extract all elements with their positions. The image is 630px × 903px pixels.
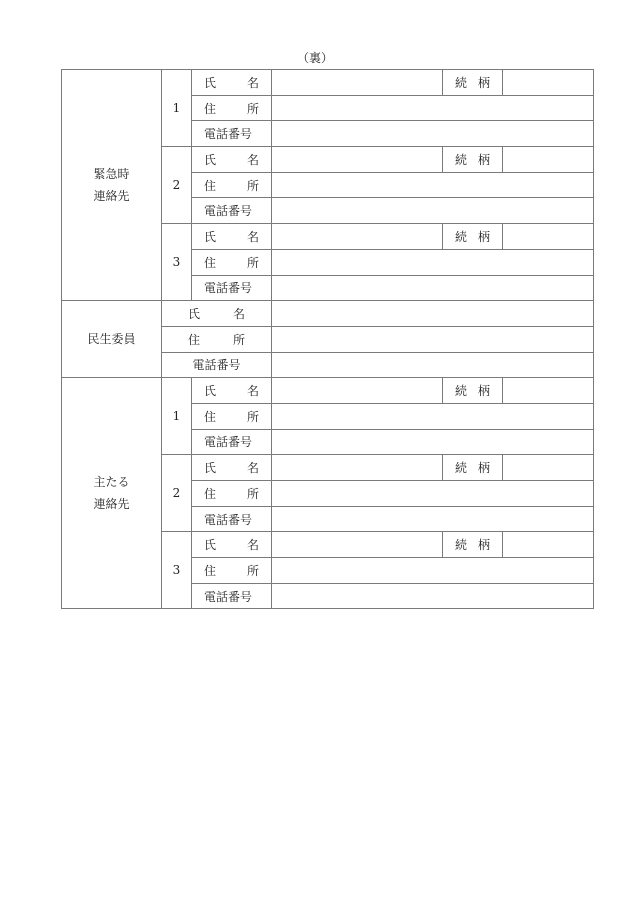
address-label: 住所 xyxy=(162,326,272,352)
main-entry-number: 3 xyxy=(162,532,192,609)
phone-label: 電話番号 xyxy=(192,121,272,147)
contact-form-table: 緊急時 連絡先 1 氏名 続柄 住所 電話番号 2 氏名 続柄 住所 xyxy=(61,69,594,609)
main-contact-header: 主たる 連絡先 xyxy=(62,378,162,609)
welfare-commissioner-header: 民生委員 xyxy=(62,301,162,378)
address-label: 住所 xyxy=(192,249,272,275)
welfare-name-field[interactable] xyxy=(272,301,594,327)
main-2-phone-field[interactable] xyxy=(272,506,594,532)
main-2-address-field[interactable] xyxy=(272,481,594,507)
emergency-2-name-field[interactable] xyxy=(272,147,443,173)
main-1-address-field[interactable] xyxy=(272,403,594,429)
emergency-1-phone-field[interactable] xyxy=(272,121,594,147)
relationship-label: 続柄 xyxy=(443,147,503,173)
page-side-label: （裏） xyxy=(290,49,340,66)
relationship-label: 続柄 xyxy=(443,455,503,481)
main-contact-title-line2: 連絡先 xyxy=(62,493,161,515)
emergency-2-relationship-field[interactable] xyxy=(503,147,594,173)
main-3-name-field[interactable] xyxy=(272,532,443,558)
name-label: 氏名 xyxy=(192,378,272,404)
emergency-title-line2: 連絡先 xyxy=(62,185,161,207)
main-1-phone-field[interactable] xyxy=(272,429,594,455)
emergency-entry-number: 1 xyxy=(162,70,192,147)
main-entry-number: 1 xyxy=(162,378,192,455)
emergency-entry-number: 3 xyxy=(162,224,192,301)
emergency-1-address-field[interactable] xyxy=(272,95,594,121)
emergency-3-name-field[interactable] xyxy=(272,224,443,250)
address-label: 住所 xyxy=(192,95,272,121)
emergency-3-relationship-field[interactable] xyxy=(503,224,594,250)
main-entry-number: 2 xyxy=(162,455,192,532)
main-1-name-field[interactable] xyxy=(272,378,443,404)
relationship-label: 続柄 xyxy=(443,224,503,250)
emergency-1-relationship-field[interactable] xyxy=(503,70,594,96)
main-3-phone-field[interactable] xyxy=(272,583,594,609)
emergency-3-address-field[interactable] xyxy=(272,249,594,275)
emergency-contact-header: 緊急時 連絡先 xyxy=(62,70,162,301)
main-contact-title-line1: 主たる xyxy=(62,471,161,493)
emergency-3-phone-field[interactable] xyxy=(272,275,594,301)
emergency-2-phone-field[interactable] xyxy=(272,198,594,224)
main-2-relationship-field[interactable] xyxy=(503,455,594,481)
emergency-title-line1: 緊急時 xyxy=(62,163,161,185)
phone-label: 電話番号 xyxy=(192,198,272,224)
phone-label: 電話番号 xyxy=(192,583,272,609)
phone-label: 電話番号 xyxy=(192,275,272,301)
address-label: 住所 xyxy=(192,558,272,584)
welfare-address-field[interactable] xyxy=(272,326,594,352)
address-label: 住所 xyxy=(192,481,272,507)
name-label: 氏名 xyxy=(162,301,272,327)
name-label: 氏名 xyxy=(192,455,272,481)
name-label: 氏名 xyxy=(192,224,272,250)
relationship-label: 続柄 xyxy=(443,70,503,96)
main-3-address-field[interactable] xyxy=(272,558,594,584)
phone-label: 電話番号 xyxy=(162,352,272,378)
name-label: 氏名 xyxy=(192,147,272,173)
address-label: 住所 xyxy=(192,403,272,429)
relationship-label: 続柄 xyxy=(443,532,503,558)
name-label: 氏名 xyxy=(192,532,272,558)
emergency-2-address-field[interactable] xyxy=(272,172,594,198)
address-label: 住所 xyxy=(192,172,272,198)
name-label: 氏名 xyxy=(192,70,272,96)
welfare-phone-field[interactable] xyxy=(272,352,594,378)
emergency-entry-number: 2 xyxy=(162,147,192,224)
emergency-1-name-field[interactable] xyxy=(272,70,443,96)
phone-label: 電話番号 xyxy=(192,429,272,455)
main-2-name-field[interactable] xyxy=(272,455,443,481)
main-1-relationship-field[interactable] xyxy=(503,378,594,404)
phone-label: 電話番号 xyxy=(192,506,272,532)
relationship-label: 続柄 xyxy=(443,378,503,404)
main-3-relationship-field[interactable] xyxy=(503,532,594,558)
